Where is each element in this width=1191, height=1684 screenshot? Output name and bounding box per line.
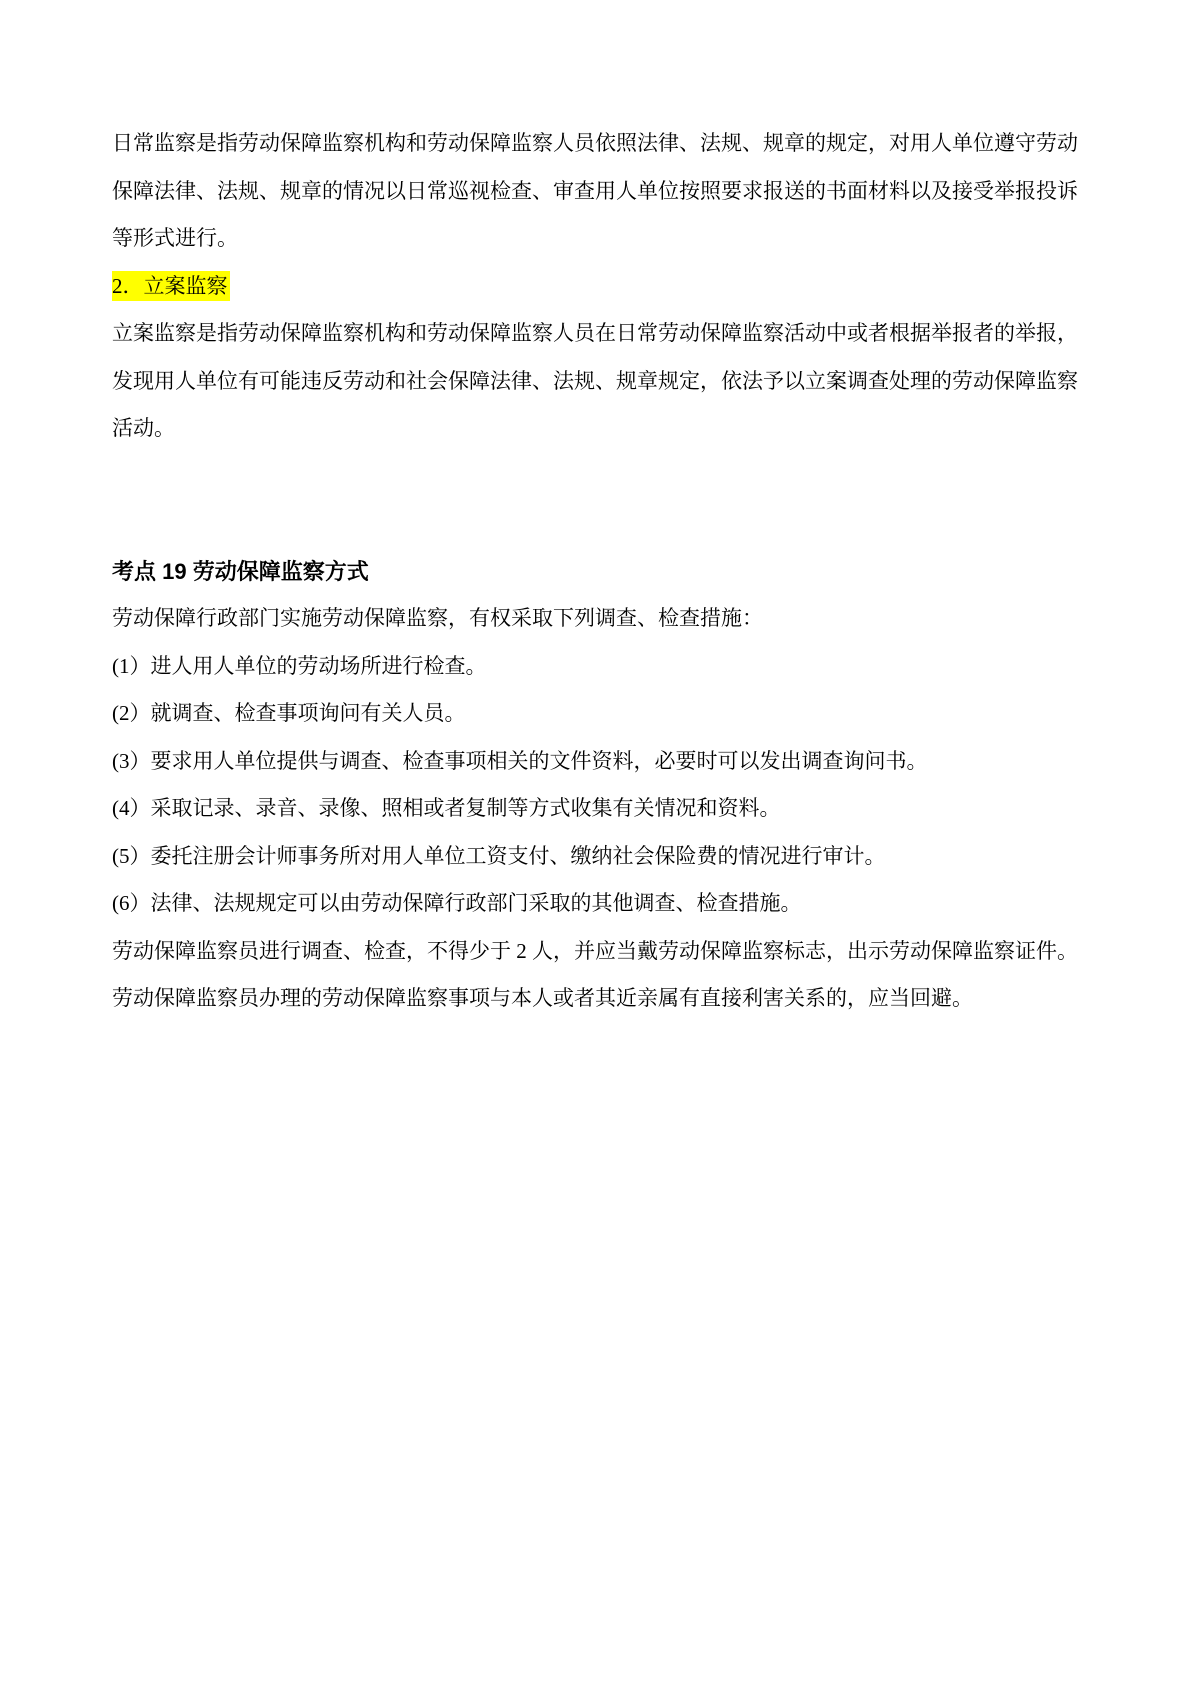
list-item-2: (2）就调查、检查事项询问有关人员。 <box>112 690 1078 738</box>
list-item-6: (6）法律、法规规定可以由劳动保障行政部门采取的其他调查、检查措施。 <box>112 880 1078 928</box>
list-item-4: (4）采取记录、录音、录像、照相或者复制等方式收集有关情况和资料。 <box>112 785 1078 833</box>
paragraph-case-filing-supervision: 立案监察是指劳动保障监察机构和劳动保障监察人员在日常劳动保障监察活动中或者根据举… <box>112 310 1078 453</box>
highlighted-heading: 2．立案监察 <box>112 271 230 301</box>
list-item-3: (3）要求用人单位提供与调查、检查事项相关的文件资料，必要时可以发出调查询问书。 <box>112 738 1078 786</box>
paragraph-measures-intro: 劳动保障行政部门实施劳动保障监察，有权采取下列调查、检查措施： <box>112 595 1078 643</box>
paragraph-daily-supervision: 日常监察是指劳动保障监察机构和劳动保障监察人员依照法律、法规、规章的规定，对用人… <box>112 120 1078 263</box>
highlighted-heading-line: 2．立案监察 <box>112 263 1078 311</box>
document-page: 日常监察是指劳动保障监察机构和劳动保障监察人员依照法律、法规、规章的规定，对用人… <box>112 120 1078 1023</box>
paragraph-inspector-rules: 劳动保障监察员进行调查、检查，不得少于 2 人，并应当戴劳动保障监察标志，出示劳… <box>112 928 1078 1023</box>
kaodian-19-heading: 考点 19 劳动保障监察方式 <box>112 548 1078 596</box>
list-item-5: (5）委托注册会计师事务所对用人单位工资支付、缴纳社会保险费的情况进行审计。 <box>112 833 1078 881</box>
list-item-1: (1）进人用人单位的劳动场所进行检查。 <box>112 643 1078 691</box>
